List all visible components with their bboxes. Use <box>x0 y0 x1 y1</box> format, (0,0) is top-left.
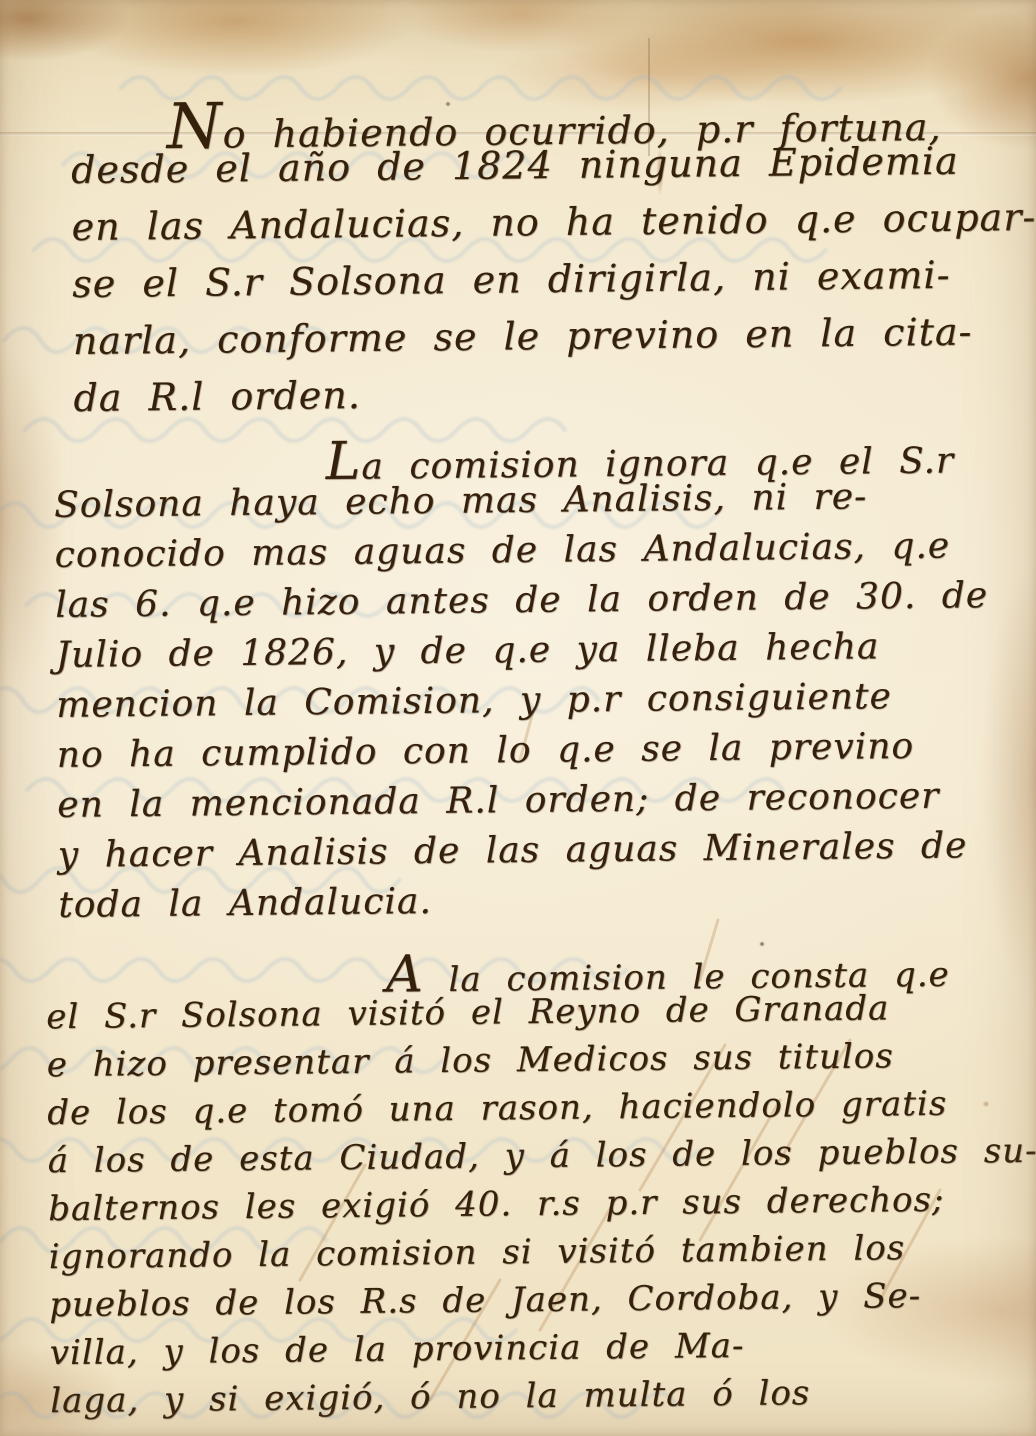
manuscript-line: toda la Andalucia. <box>58 875 991 935</box>
paragraph-3: A la comision le consta q.eel S.r Solson… <box>46 939 1036 1429</box>
paragraph-2: La comision ignora q.e el S.rSolsona hay… <box>53 425 991 935</box>
paragraph-1: No habiendo ocurrido, p.r fortuna,desde … <box>70 81 1036 433</box>
manuscript: No habiendo ocurrido, p.r fortuna,desde … <box>0 0 1036 1436</box>
manuscript-page: No habiendo ocurrido, p.r fortuna,desde … <box>0 0 1036 1436</box>
manuscript-line: laga, y si exigió, ó no la multa ó los <box>50 1371 1036 1429</box>
manuscript-line: se el S.r Solsona en dirigirla, ni exami… <box>72 252 1036 319</box>
manuscript-line: desde el año de 1824 ninguna Epidemia <box>71 138 1036 205</box>
manuscript-line: narla, conforme se le previno en la cita… <box>73 309 1036 376</box>
manuscript-line: da R.l orden. <box>73 366 1036 433</box>
manuscript-line: No habiendo ocurrido, p.r fortuna, <box>70 81 1035 148</box>
manuscript-line: en las Andalucias, no ha tenido q.e ocup… <box>71 195 1036 262</box>
